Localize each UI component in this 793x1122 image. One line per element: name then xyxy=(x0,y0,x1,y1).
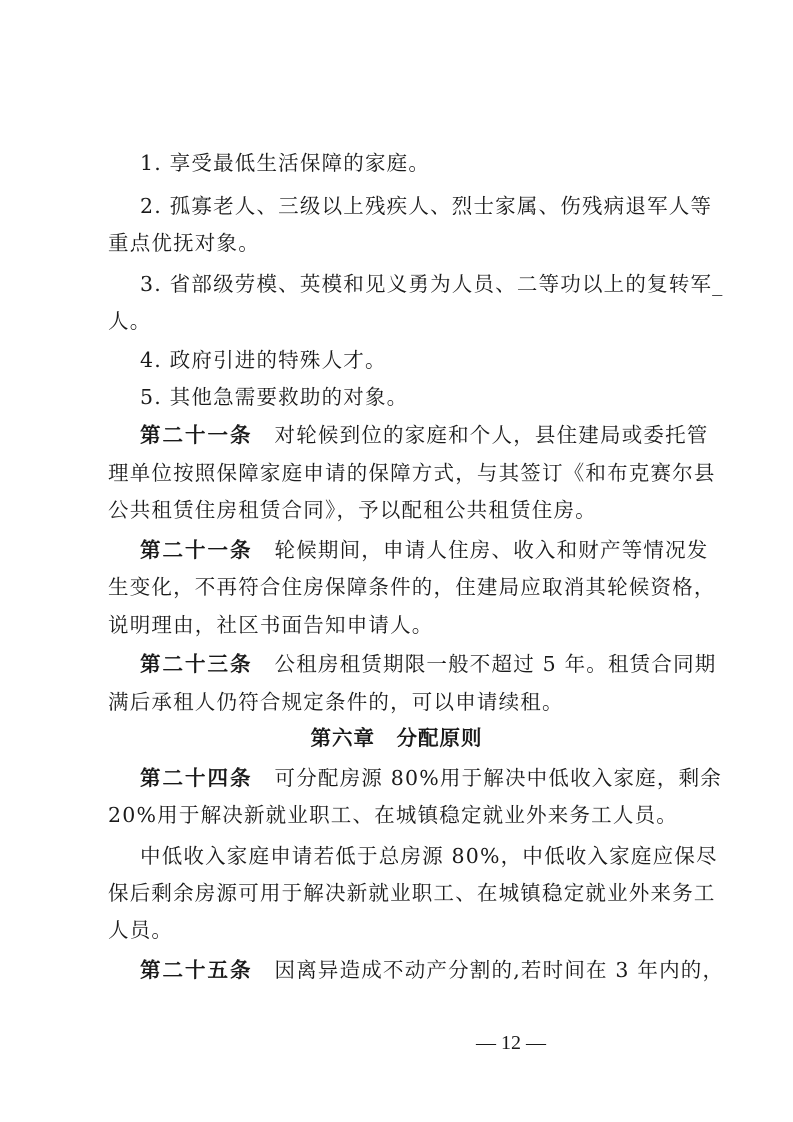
article-23: 第二十三条公租房租赁期限一般不超过 5 年。租赁合同期 xyxy=(140,651,730,677)
article-text: 对轮候到位的家庭和个人，县住建局或委托管 xyxy=(275,423,709,447)
paragraph: 中低收入家庭申请若低于总房源 80%，中低收入家庭应保尽 xyxy=(140,843,730,869)
page-number: — 12 — xyxy=(476,1032,546,1055)
paragraph-line: 保后剩余房源可用于解决新就业职工、在城镇稳定就业外来务工 xyxy=(108,880,698,906)
article-21a: 第二十一条对轮候到位的家庭和个人，县住建局或委托管 xyxy=(140,422,730,448)
document-page: 1. 享受最低生活保障的家庭。 2. 孤寡老人、三级以上残疾人、烈士家属、伤残病… xyxy=(0,0,793,1122)
article-text: 轮候期间，申请人住房、收入和财产等情况发 xyxy=(275,538,709,562)
paragraph-line: 人员。 xyxy=(108,917,698,943)
article-text: 因离异造成不动产分割的,若时间在 3 年内的， xyxy=(275,958,725,982)
list-item: 5. 其他急需要救助的对象。 xyxy=(140,384,730,410)
article-text-line: 生变化，不再符合住房保障条件的，住建局应取消其轮候资格， xyxy=(108,574,698,600)
chapter-heading: 第六章 分配原则 xyxy=(0,725,793,751)
list-item: 2. 孤寡老人、三级以上残疾人、烈士家属、伤残病退军人等 xyxy=(140,193,730,219)
article-21b: 第二十一条轮候期间，申请人住房、收入和财产等情况发 xyxy=(140,537,730,563)
article-title: 第二十三条 xyxy=(140,652,253,676)
list-item-continuation: 重点优抚对象。 xyxy=(108,230,698,256)
list-item: 1. 享受最低生活保障的家庭。 xyxy=(140,150,730,176)
list-item: 3. 省部级劳模、英模和见义勇为人员、二等功以上的复转军_ xyxy=(140,271,730,297)
list-item-continuation: 人。 xyxy=(108,308,698,334)
article-text-line: 20%用于解决新就业职工、在城镇稳定就业外来务工人员。 xyxy=(108,802,698,828)
list-item: 4. 政府引进的特殊人才。 xyxy=(140,347,730,373)
article-text-line: 满后承租人仍符合规定条件的，可以申请续租。 xyxy=(108,689,698,715)
article-text-line: 公共租赁住房租赁合同》，予以配租公共租赁住房。 xyxy=(108,497,698,523)
article-text-line: 说明理由，社区书面告知申请人。 xyxy=(108,612,698,638)
article-title: 第二十一条 xyxy=(140,538,253,562)
article-24: 第二十四条可分配房源 80%用于解决中低收入家庭，剩余 xyxy=(140,765,730,791)
article-text-line: 理单位按照保障家庭申请的保障方式，与其签订《和布克赛尔县 xyxy=(108,460,698,486)
article-25: 第二十五条因离异造成不动产分割的,若时间在 3 年内的， xyxy=(140,957,730,983)
article-text: 可分配房源 80%用于解决中低收入家庭，剩余 xyxy=(275,766,722,790)
article-text: 公租房租赁期限一般不超过 5 年。租赁合同期 xyxy=(275,652,717,676)
article-title: 第二十四条 xyxy=(140,766,253,790)
article-title: 第二十五条 xyxy=(140,958,253,982)
article-title: 第二十一条 xyxy=(140,423,253,447)
